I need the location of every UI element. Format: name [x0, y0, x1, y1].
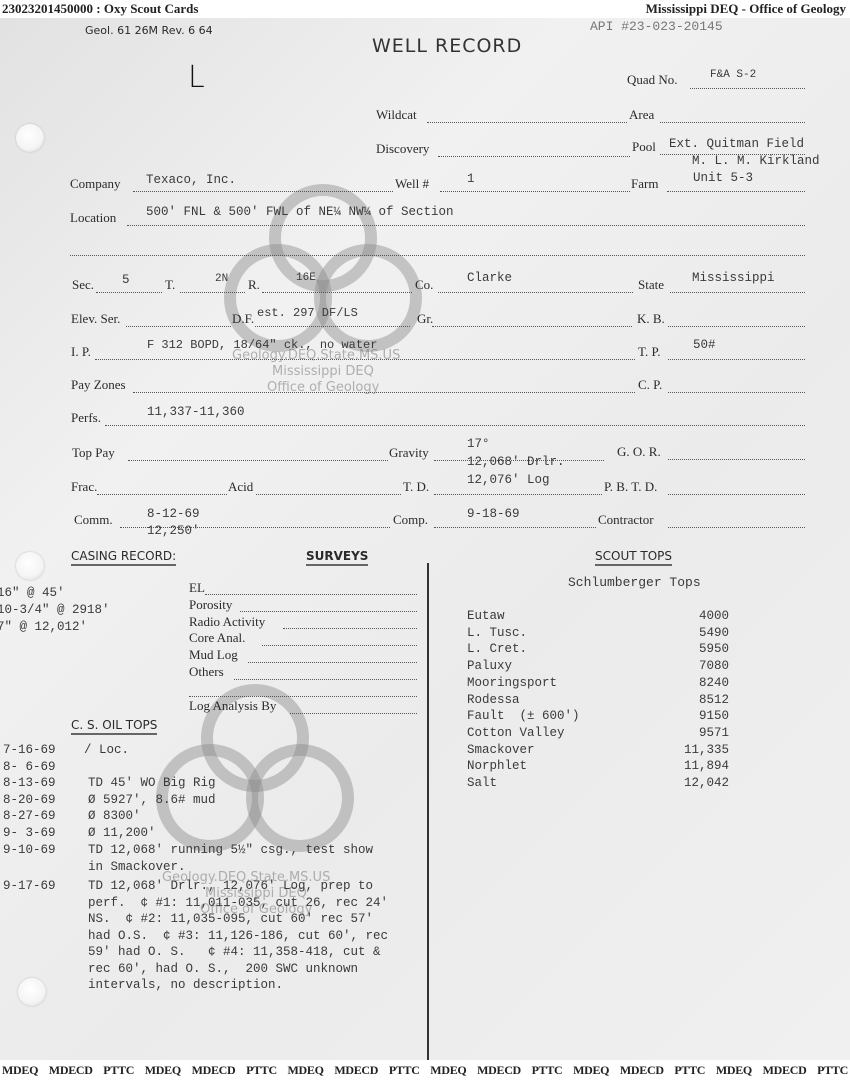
handwritten-mark: L	[188, 60, 205, 95]
casing-item: 16" @ 45'	[0, 586, 65, 600]
surveys-heading: SURVEYS	[306, 549, 368, 563]
company-value: Texaco, Inc.	[146, 173, 236, 187]
pool-value: Ext. Quitman Field	[669, 137, 804, 151]
log-entry: 8-27-69Ø 8300'	[3, 809, 388, 826]
footer-tag: MDECD	[192, 1063, 236, 1078]
log-entry: 9- 3-69Ø 11,200'	[3, 826, 388, 843]
page-header: 23023201450000 : Oxy Scout Cards Mississ…	[0, 0, 850, 18]
scout-tops-heading: SCOUT TOPS	[595, 549, 672, 563]
oil-tops-heading: C. S. OIL TOPS	[71, 718, 157, 732]
oil-tops-log: 7-16-69/ Loc. 8- 6-69 8-13-69TD 45' WO B…	[3, 743, 388, 994]
quad-no-value: F&A S-2	[710, 69, 756, 81]
log-entry: 8-20-69Ø 5927', 8.6# mud	[3, 793, 388, 810]
gravity-label: Gravity	[389, 445, 429, 461]
gravity-value: 17°	[467, 437, 490, 451]
survey-radio-activity: Radio Activity	[189, 614, 276, 631]
survey-log-analysis-by: Log Analysis By	[189, 698, 276, 715]
df-label: D.F.	[232, 311, 254, 327]
log-entry: 7-16-69/ Loc.	[3, 743, 388, 760]
farm-value: Unit 5-3	[693, 171, 753, 185]
watermark-line2: Mississippi DEQ	[272, 364, 374, 379]
ip-value: F 312 BOPD, 18/64" ck., no water	[147, 338, 377, 352]
cp-label: C. P.	[638, 377, 662, 393]
company-label: Company	[70, 176, 121, 192]
footer-tag: PTTC	[674, 1063, 705, 1078]
page-footer: MDEQ MDECD PTTC MDEQ MDECD PTTC MDEQ MDE…	[0, 1060, 850, 1080]
scout-top-row: Salt12,042	[467, 775, 729, 792]
comp-label: Comp.	[393, 512, 428, 528]
td-log-value: 12,076' Log	[467, 473, 550, 487]
scout-tops-subheading: Schlumberger Tops	[568, 575, 701, 590]
range-label: R.	[248, 277, 260, 293]
footer-tag: MDEQ	[430, 1063, 466, 1078]
location-label: Location	[70, 210, 116, 226]
footer-tag: PTTC	[103, 1063, 134, 1078]
footer-tag: PTTC	[817, 1063, 848, 1078]
scout-top-row: Paluxy7080	[467, 658, 729, 675]
scout-top-row: Fault (± 600')9150	[467, 708, 729, 725]
footer-tag: MDEQ	[573, 1063, 609, 1078]
farm-label: Farm	[631, 176, 658, 192]
well-no-label: Well #	[395, 176, 429, 192]
log-entry: 9-17-69TD 12,068' Drlr., 12,076' Log, pr…	[3, 878, 388, 994]
acid-label: Acid	[228, 479, 253, 495]
agency-title: Mississippi DEQ - Office of Geology	[646, 1, 846, 17]
ip-label: I. P.	[71, 344, 91, 360]
footer-tag: PTTC	[246, 1063, 277, 1078]
top-pay-label: Top Pay	[72, 445, 115, 461]
discovery-label: Discovery	[376, 141, 429, 157]
page-title: WELL RECORD	[372, 35, 522, 57]
scout-top-row: Cotton Valley9571	[467, 725, 729, 742]
df-value: est. 297 DF/LS	[257, 306, 358, 320]
scout-top-row: L. Tusc.5490	[467, 625, 729, 642]
quad-no-label: Quad No.	[627, 72, 678, 88]
pool-label: Pool	[632, 139, 656, 155]
range-value: 16E	[296, 272, 316, 284]
gor-label: G. O. R.	[617, 444, 661, 460]
footer-tag: MDECD	[49, 1063, 93, 1078]
tp-label: T. P.	[638, 344, 661, 360]
scout-top-row: Norphlet11,894	[467, 758, 729, 775]
footer-tag: MDEQ	[2, 1063, 38, 1078]
state-label: State	[638, 277, 664, 293]
pbtd-label: P. B. T. D.	[604, 479, 657, 495]
td-label: T. D.	[403, 479, 429, 495]
casing-record-heading: CASING RECORD:	[71, 549, 176, 563]
footer-tag: MDECD	[477, 1063, 521, 1078]
county-label: Co.	[415, 277, 433, 293]
log-entry: 8- 6-69	[3, 760, 388, 777]
perfs-value: 11,337-11,360	[147, 405, 245, 419]
comm-label: Comm.	[74, 512, 113, 528]
township-value: 2N	[215, 273, 228, 285]
scout-top-row: Eutaw4000	[467, 608, 729, 625]
log-entry: 9-10-69TD 12,068' running 5½" csg., test…	[3, 842, 388, 878]
frac-label: Frac.	[71, 479, 97, 495]
casing-item: 7" @ 12,012'	[0, 620, 87, 634]
td-driller-value: 12,068' Drlr.	[467, 455, 565, 469]
punch-hole	[16, 124, 44, 152]
wildcat-label: Wildcat	[376, 107, 417, 123]
comp-value: 9-18-69	[467, 507, 520, 521]
footer-tag: MDEQ	[288, 1063, 324, 1078]
footer-tag: MDECD	[763, 1063, 807, 1078]
township-label: T.	[165, 277, 175, 293]
scout-top-row: Mooringsport8240	[467, 675, 729, 692]
location-value: 500' FNL & 500' FWL of NE¼ NW¼ of Sectio…	[146, 205, 454, 219]
surveys-list: EL Porosity Radio Activity Core Anal. Mu…	[189, 580, 276, 714]
scout-tops-table: Eutaw4000 L. Tusc.5490 L. Cret.5950 Palu…	[467, 608, 729, 792]
comm-value: 8-12-69	[147, 507, 200, 521]
contractor-label: Contractor	[598, 512, 654, 528]
footer-tag: PTTC	[389, 1063, 420, 1078]
elev-ser-label: Elev. Ser.	[71, 311, 120, 327]
scout-top-row: Rodessa8512	[467, 692, 729, 709]
kb-label: K. B.	[637, 311, 665, 327]
well-no-value: 1	[467, 172, 475, 186]
footer-tag: MDEQ	[716, 1063, 752, 1078]
casing-item: 10-3/4" @ 2918'	[0, 603, 110, 617]
state-value: Mississippi	[692, 271, 775, 285]
form-code: Geol. 61 26M Rev. 6 64	[85, 24, 213, 37]
farm-name-value: M. L. M. Kirkland	[692, 154, 820, 168]
footer-tag: PTTC	[532, 1063, 563, 1078]
county-value: Clarke	[467, 271, 512, 285]
record-id-title: 23023201450000 : Oxy Scout Cards	[2, 1, 198, 17]
area-label: Area	[629, 107, 654, 123]
log-entry: 8-13-69TD 45' WO Big Rig	[3, 776, 388, 793]
gr-label: Gr.	[417, 311, 433, 327]
pay-zones-label: Pay Zones	[71, 377, 126, 393]
well-record-card: Geology.DEQ.State.MS.US Mississippi DEQ …	[0, 18, 850, 1060]
footer-tag: MDEQ	[145, 1063, 181, 1078]
api-number: API #23-023-20145	[590, 19, 723, 34]
tp-value: 50#	[693, 338, 716, 352]
section-divider	[427, 563, 429, 1060]
scout-top-row: L. Cret.5950	[467, 641, 729, 658]
scout-top-row: Smackover11,335	[467, 742, 729, 759]
perfs-label: Perfs.	[71, 410, 101, 426]
sec-label: Sec.	[72, 277, 94, 293]
comm-depth-value: 12,250'	[147, 524, 200, 538]
punch-hole	[16, 552, 44, 580]
footer-tag: MDECD	[334, 1063, 378, 1078]
sec-value: 5	[122, 273, 130, 287]
footer-tag: MDECD	[620, 1063, 664, 1078]
